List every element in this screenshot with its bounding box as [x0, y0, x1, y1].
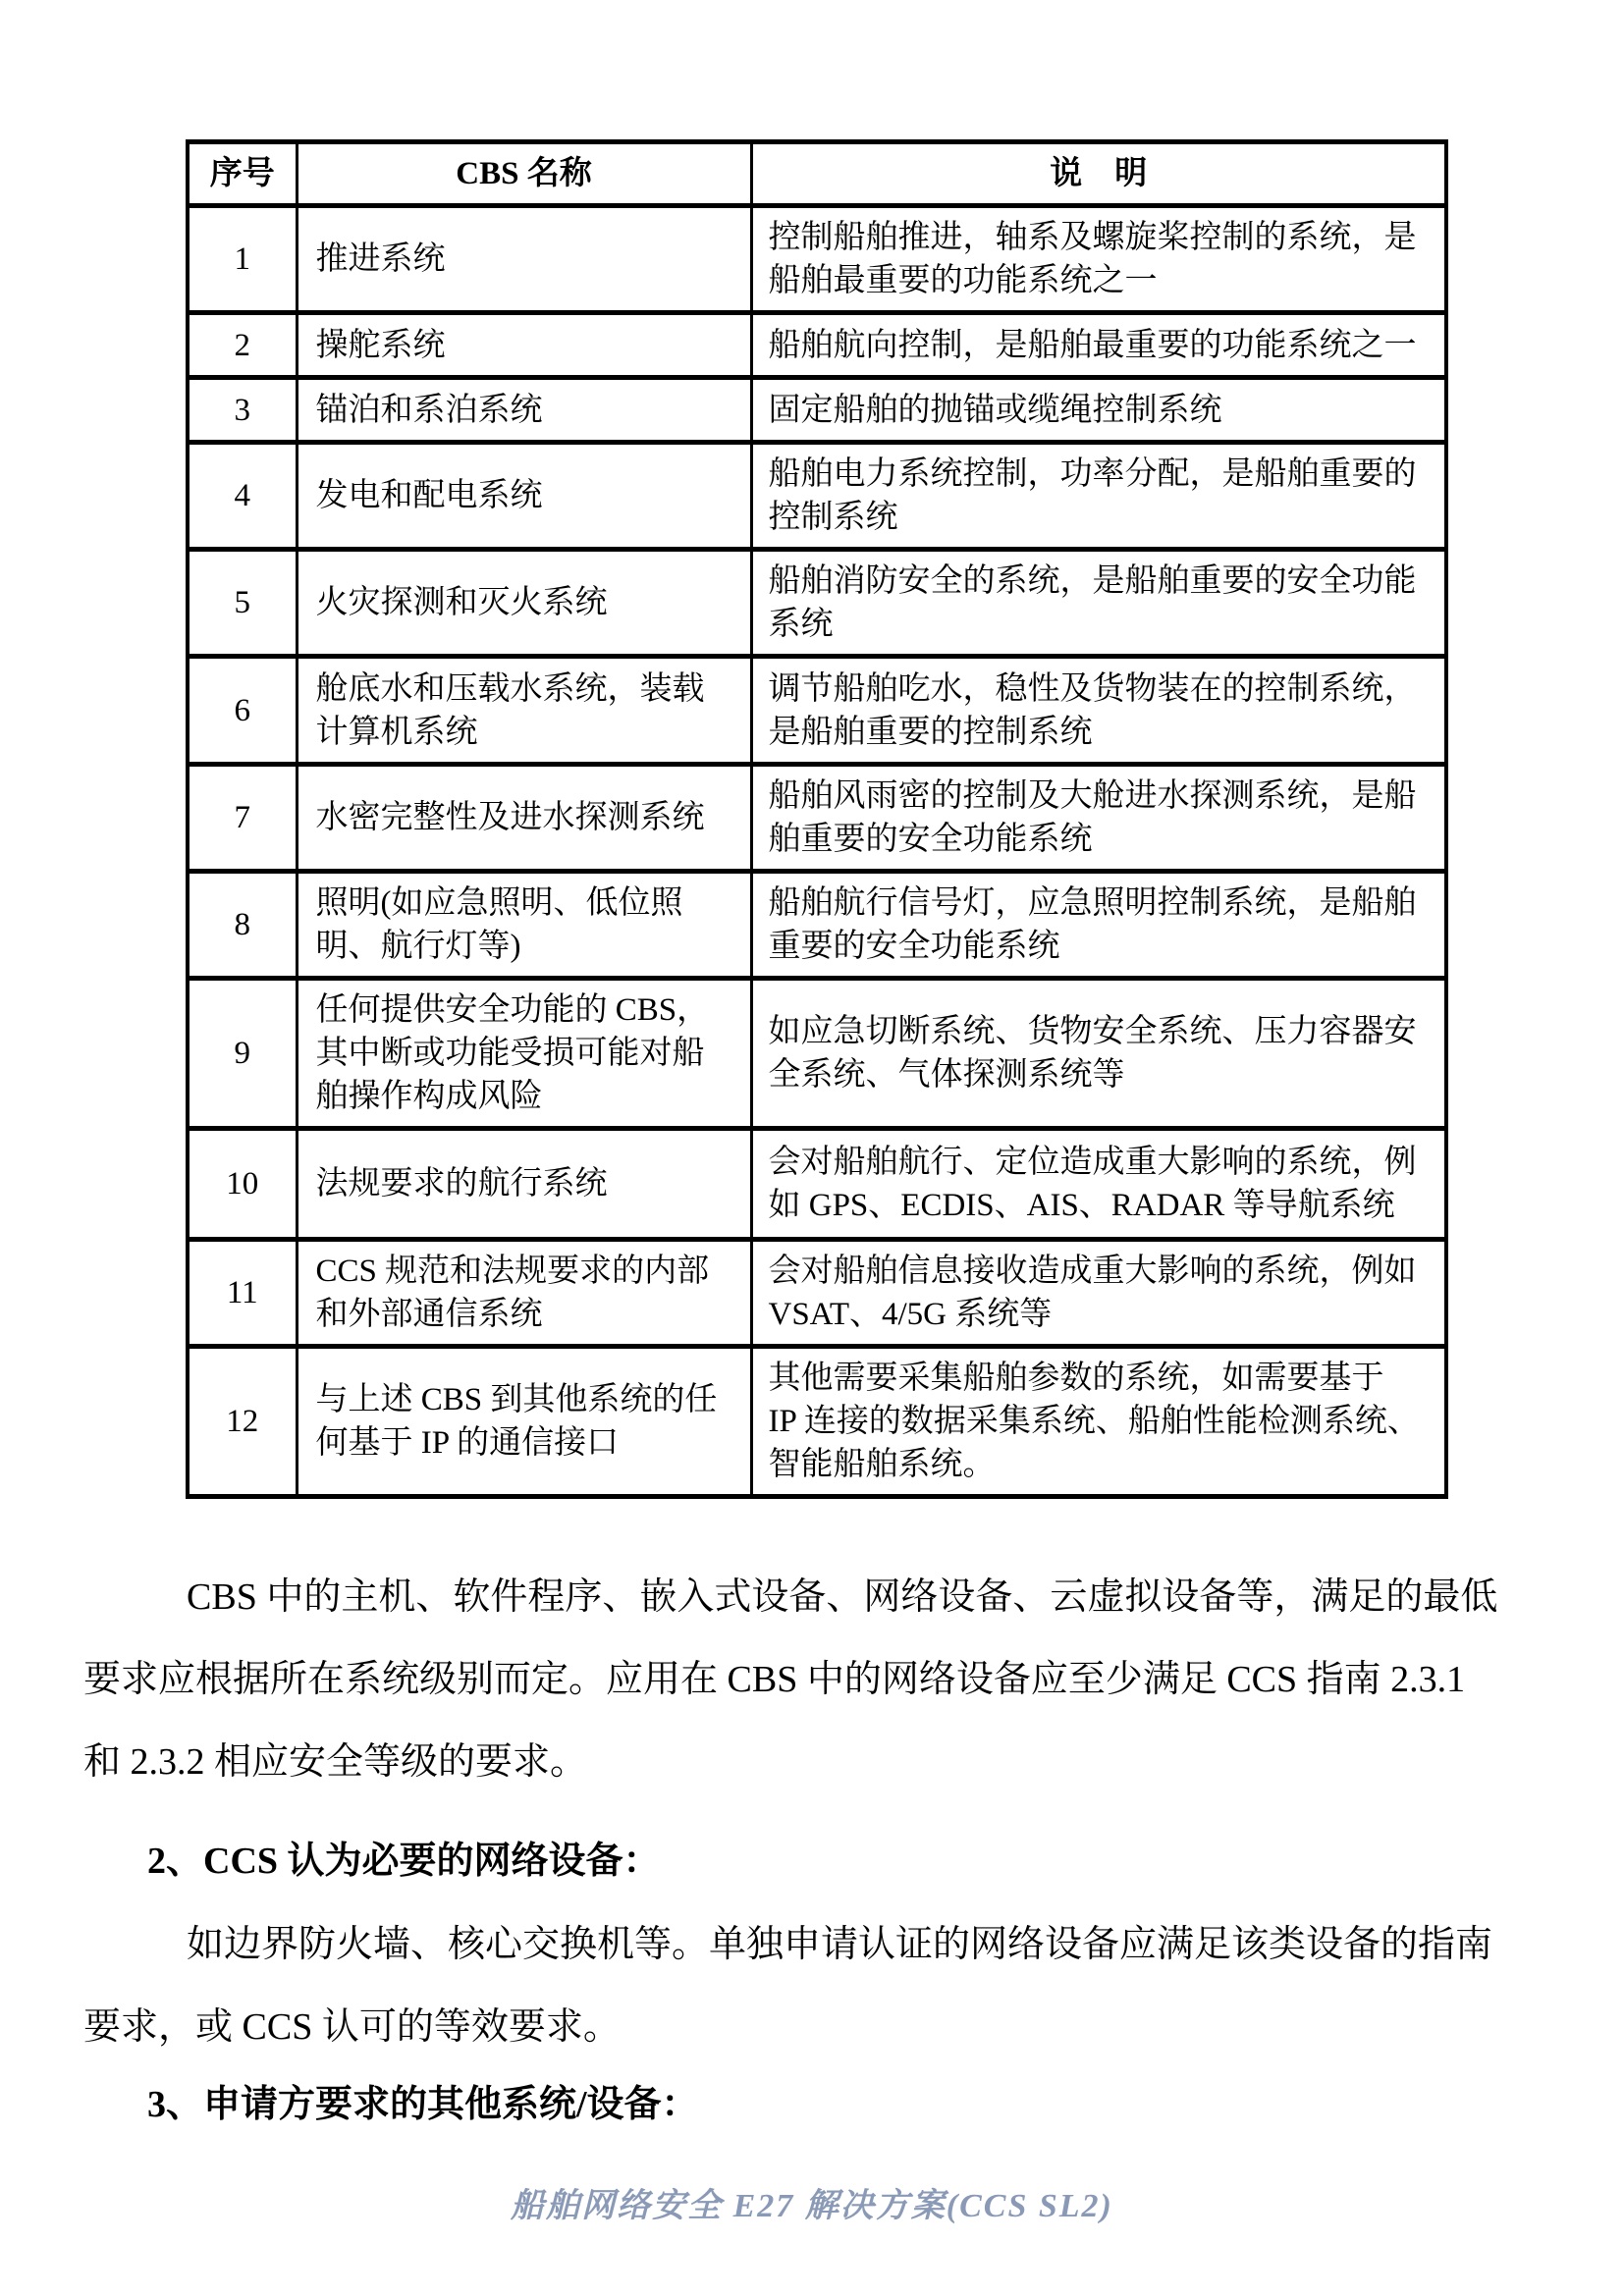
paragraph-line: CBS 中的主机、软件程序、嵌入式设备、网络设备、云虚拟设备等，满足的最低 — [83, 1556, 1556, 1638]
cbs-name-cell: 锚泊和系泊系统 — [297, 378, 751, 443]
table-row: 1 推进系统 控制船舶推进，轴系及螺旋桨控制的系统，是船舶最重要的功能系统之一 — [188, 206, 1446, 313]
row-number-cell: 6 — [188, 657, 297, 765]
description-cell: 固定船舶的抛锚或缆绳控制系统 — [751, 378, 1446, 443]
description-cell: 调节船舶吃水，稳性及货物装在的控制系统，是船舶重要的控制系统 — [751, 657, 1446, 765]
row-number-cell: 10 — [188, 1129, 297, 1240]
description-cell: 会对船舶信息接收造成重大影响的系统，例如 VSAT、4/5G 系统等 — [751, 1240, 1446, 1347]
row-number-cell: 3 — [188, 378, 297, 443]
description-cell: 船舶风雨密的控制及大舱进水探测系统，是船舶重要的安全功能系统 — [751, 765, 1446, 872]
row-number-cell: 2 — [188, 313, 297, 378]
table-row: 5 火灾探测和灭火系统 船舶消防安全的系统，是船舶重要的安全功能系统 — [188, 550, 1446, 657]
table-row: 4 发电和配电系统 船舶电力系统控制，功率分配，是船舶重要的控制系统 — [188, 443, 1446, 550]
row-number-cell: 11 — [188, 1240, 297, 1347]
description-cell: 如应急切断系统、货物安全系统、压力容器安全系统、气体探测系统等 — [751, 979, 1446, 1129]
cbs-name-cell: 推进系统 — [297, 206, 751, 313]
cbs-table-container: 序号 CBS 名称 说 明 1 推进系统 控制船舶推进，轴系及螺旋桨控制的系统，… — [186, 139, 1448, 1499]
paragraph-line: 要求应根据所在系统级别而定。应用在 CBS 中的网络设备应至少满足 CCS 指南… — [83, 1638, 1556, 1721]
document-page: 序号 CBS 名称 说 明 1 推进系统 控制船舶推进，轴系及螺旋桨控制的系统，… — [0, 0, 1624, 2296]
description-cell: 控制船舶推进，轴系及螺旋桨控制的系统，是船舶最重要的功能系统之一 — [751, 206, 1446, 313]
cbs-table: 序号 CBS 名称 说 明 1 推进系统 控制船舶推进，轴系及螺旋桨控制的系统，… — [186, 139, 1448, 1499]
table-row: 12 与上述 CBS 到其他系统的任何基于 IP 的通信接口 其他需要采集船舶参… — [188, 1347, 1446, 1497]
paragraph-line: 和 2.3.2 相应安全等级的要求。 — [83, 1721, 1556, 1803]
section-heading-3: 3、申请方要求的其他系统/设备： — [147, 2081, 699, 2128]
cbs-name-cell: 法规要求的航行系统 — [297, 1129, 751, 1240]
table-header-row: 序号 CBS 名称 说 明 — [188, 142, 1446, 206]
paragraph-line: 如边界防火墙、核心交换机等。单独申请认证的网络设备应满足该类设备的指南 — [83, 1903, 1556, 1986]
paragraph-cbs-requirements: CBS 中的主机、软件程序、嵌入式设备、网络设备、云虚拟设备等，满足的最低 要求… — [83, 1556, 1556, 1803]
cbs-name-cell: 舱底水和压载水系统，装载计算机系统 — [297, 657, 751, 765]
section-heading-2: 2、CCS 认为必要的网络设备： — [147, 1838, 661, 1885]
table-row: 11 CCS 规范和法规要求的内部和外部通信系统 会对船舶信息接收造成重大影响的… — [188, 1240, 1446, 1347]
row-number-cell: 8 — [188, 872, 297, 979]
description-cell: 船舶电力系统控制，功率分配，是船舶重要的控制系统 — [751, 443, 1446, 550]
row-number-cell: 7 — [188, 765, 297, 872]
row-number-cell: 1 — [188, 206, 297, 313]
description-cell: 船舶航向控制，是船舶最重要的功能系统之一 — [751, 313, 1446, 378]
header-cell-cbs-name: CBS 名称 — [297, 142, 751, 206]
table-row: 6 舱底水和压载水系统，装载计算机系统 调节船舶吃水，稳性及货物装在的控制系统，… — [188, 657, 1446, 765]
cbs-name-cell: 发电和配电系统 — [297, 443, 751, 550]
row-number-cell: 9 — [188, 979, 297, 1129]
table-row: 9 任何提供安全功能的 CBS，其中断或功能受损可能对船舶操作构成风险 如应急切… — [188, 979, 1446, 1129]
table-row: 3 锚泊和系泊系统 固定船舶的抛锚或缆绳控制系统 — [188, 378, 1446, 443]
cbs-name-cell: 火灾探测和灭火系统 — [297, 550, 751, 657]
cbs-name-cell: 任何提供安全功能的 CBS，其中断或功能受损可能对船舶操作构成风险 — [297, 979, 751, 1129]
table-row: 8 照明(如应急照明、低位照明、航行灯等) 船舶航行信号灯，应急照明控制系统，是… — [188, 872, 1446, 979]
footer-text: 船舶网络安全 E27 解决方案(CCS SL2) — [0, 2185, 1624, 2228]
paragraph-line: 要求，或 CCS 认可的等效要求。 — [83, 1986, 1556, 2068]
cbs-name-cell: 照明(如应急照明、低位照明、航行灯等) — [297, 872, 751, 979]
table-row: 7 水密完整性及进水探测系统 船舶风雨密的控制及大舱进水探测系统，是船舶重要的安… — [188, 765, 1446, 872]
table-row: 10 法规要求的航行系统 会对船舶航行、定位造成重大影响的系统，例如 GPS、E… — [188, 1129, 1446, 1240]
cbs-name-cell: 操舵系统 — [297, 313, 751, 378]
paragraph-network-devices: 如边界防火墙、核心交换机等。单独申请认证的网络设备应满足该类设备的指南 要求，或… — [83, 1903, 1556, 2068]
cbs-name-cell: 水密完整性及进水探测系统 — [297, 765, 751, 872]
description-cell: 会对船舶航行、定位造成重大影响的系统，例如 GPS、ECDIS、AIS、RADA… — [751, 1129, 1446, 1240]
table-row: 2 操舵系统 船舶航向控制，是船舶最重要的功能系统之一 — [188, 313, 1446, 378]
row-number-cell: 5 — [188, 550, 297, 657]
header-cell-description: 说 明 — [751, 142, 1446, 206]
description-cell: 其他需要采集船舶参数的系统，如需要基于 IP 连接的数据采集系统、船舶性能检测系… — [751, 1347, 1446, 1497]
cbs-name-cell: 与上述 CBS 到其他系统的任何基于 IP 的通信接口 — [297, 1347, 751, 1497]
row-number-cell: 4 — [188, 443, 297, 550]
row-number-cell: 12 — [188, 1347, 297, 1497]
cbs-name-cell: CCS 规范和法规要求的内部和外部通信系统 — [297, 1240, 751, 1347]
header-cell-number: 序号 — [188, 142, 297, 206]
description-cell: 船舶消防安全的系统，是船舶重要的安全功能系统 — [751, 550, 1446, 657]
description-cell: 船舶航行信号灯，应急照明控制系统，是船舶重要的安全功能系统 — [751, 872, 1446, 979]
